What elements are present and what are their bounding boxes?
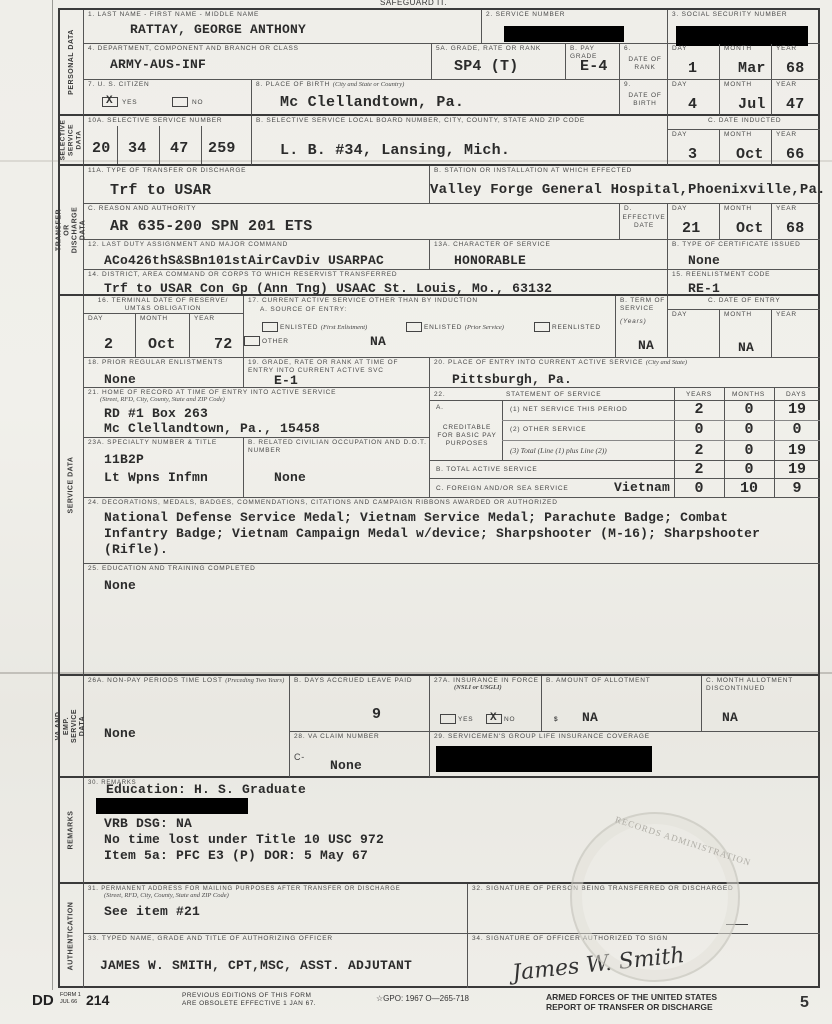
item-17c-month: Month NA — [720, 310, 772, 358]
item-20-place-of-entry: 20. Place of entry into current active s… — [430, 358, 820, 388]
item-29-sgli: 29. Servicemen's group life insurance co… — [430, 732, 820, 778]
item-10c-date-inducted-label: c. Date inducted — [668, 116, 820, 130]
item-24-decorations: 24. Decorations, medals, badges, commend… — [84, 498, 820, 564]
item-26a-time-lost: 26a. Non-pay periods time lost (Precedin… — [84, 676, 290, 778]
form-subtitle: REPORT OF TRANSFER OR DISCHARGE — [546, 1002, 713, 1012]
section-service-data: SERVICE DATA — [60, 296, 84, 676]
item-9-month: Month Jul — [720, 80, 772, 116]
fold-line — [52, 0, 53, 990]
item-5a-grade: 5a. Grade, rate or rank SP4 (T) — [432, 44, 566, 80]
item-14-reserve-command: 14. District, area command or corps to w… — [84, 270, 668, 296]
item-26b-leave-paid: b. Days accrued leave paid 9 — [290, 676, 430, 732]
item-12-last-duty: 12. Last duty assignment and major comma… — [84, 240, 430, 270]
item-31-permanent-address: 31. Permanent address for mailing purpos… — [84, 884, 468, 934]
item-28-va-claim: 28. VA claim number C- None — [290, 732, 430, 778]
item-10a-selective-number: 10a. Selective service number 20 34 47 2… — [84, 116, 252, 166]
item-5b-pay-grade: b. Pay grade E-4 — [566, 44, 620, 80]
section-va-emp: VA AND EMP. SERVICE DATA — [60, 676, 84, 778]
item-27b-allotment: b. Amount of allotment $ NA — [542, 676, 702, 732]
item-8-birthplace: 8. Place of birth (City and State or Cou… — [252, 80, 620, 116]
item-23a-specialty: 23a. Specialty number & title 11B2P Lt W… — [84, 438, 244, 498]
item-18-prior-enlistments: 18. Prior regular enlistments None — [84, 358, 244, 388]
form-date: FORM 1 JUL 66 — [60, 992, 84, 1006]
item-27a-insurance: 27a. Insurance in force (NSLI or USGLI) … — [430, 676, 542, 732]
item-16-day: Day 2 — [84, 314, 136, 358]
item-17c-year: Year — [772, 310, 820, 358]
item-6-month: Month Mar — [720, 44, 772, 80]
name-value: RATTAY, GEORGE ANTHONY — [130, 22, 306, 37]
copy-number: 5 — [800, 994, 809, 1012]
insurance-yes-checkbox[interactable] — [440, 714, 456, 724]
item-23b-civilian-occupation: b. Related civilian occupation and D.O.T… — [244, 438, 430, 498]
section-transfer-discharge: TRANSFER OR DISCHARGE DATA — [60, 166, 84, 296]
form-title: ARMED FORCES OF THE UNITED STATES — [546, 992, 717, 1002]
item-11d-label: d. Effective date — [620, 204, 668, 240]
item-16-year: Year 72 — [190, 314, 244, 358]
item-9-day: Day 4 — [668, 80, 720, 116]
item-17b-term-of-service: b. Term of service (Years) NA — [616, 296, 668, 358]
item-33-authorizing-officer: 33. Typed name, grade and title of autho… — [84, 934, 468, 988]
item-13b-certificate: b. Type of certificate issued None — [668, 240, 820, 270]
item-4-department: 4. Department, component and branch or c… — [84, 44, 432, 80]
item-6-day: Day 1 — [668, 44, 720, 80]
item-10b-local-board: b. Selective service local board number,… — [252, 116, 668, 166]
item-10c-day: Day 3 — [668, 130, 720, 166]
item-9-year: Year 47 — [772, 80, 820, 116]
item-22-statement-of-service: 22. Statement of service Years Months Da… — [430, 388, 820, 498]
form-dd: DD — [32, 992, 54, 1009]
item-6-label: 6. Date of rank — [620, 44, 668, 80]
item-21-home-of-record: 21. Home of record at time of entry into… — [84, 388, 430, 438]
insurance-no-checkbox[interactable] — [486, 714, 502, 724]
item-13a-character: 13a. Character of service HONORABLE — [430, 240, 668, 270]
item-11d-day: Day 21 — [668, 204, 720, 240]
section-personal-data: PERSONAL DATA — [60, 10, 84, 116]
section-selective-service: SELECTIVE SERVICE DATA — [60, 116, 84, 166]
citizen-yes-checkbox[interactable] — [102, 97, 118, 107]
embossed-seal — [570, 812, 740, 982]
form-number: 214 — [86, 992, 109, 1008]
citizen-no-checkbox[interactable] — [172, 97, 188, 107]
redaction-bar — [676, 26, 808, 46]
item-11c-reason: c. Reason and authority AR 635-200 SPN 2… — [84, 204, 620, 240]
item-9-label: 9. Date of birth — [620, 80, 668, 116]
item-11b-station: b. Station or installation at which effe… — [430, 166, 820, 204]
item-7-citizen: 7. U. S. Citizen Yes No — [84, 80, 252, 116]
source-enlisted-prior-checkbox[interactable] — [406, 322, 422, 332]
redaction-bar — [504, 26, 624, 42]
item-25-education: 25. Education and training completed Non… — [84, 564, 820, 676]
item-10c-month: Month Oct — [720, 130, 772, 166]
item-16-month: Month Oct — [136, 314, 190, 358]
section-authentication: AUTHENTICATION — [60, 884, 84, 988]
source-enlisted-first-checkbox[interactable] — [262, 322, 278, 332]
item-17-current-service: 17. Current active service other than by… — [244, 296, 616, 358]
section-remarks: REMARKS — [60, 778, 84, 884]
item-6-year: Year 68 — [772, 44, 820, 80]
redaction-bar — [436, 746, 652, 772]
redaction-bar — [96, 798, 248, 814]
item-11d-month: Month Oct — [720, 204, 772, 240]
item-27c-allotment-discontinued: c. Month allotment discontinued NA — [702, 676, 820, 732]
source-other-checkbox[interactable] — [244, 336, 260, 346]
item-3-ssn: 3. Social security number — [668, 10, 820, 44]
item-10c-year: Year 66 — [772, 130, 820, 166]
item-16-label: 16. Terminal date of reserve/ UMT&S obli… — [84, 296, 244, 314]
form-footer: DD FORM 1 JUL 66 214 PREVIOUS EDITIONS O… — [0, 990, 832, 1024]
item-19-grade-at-entry: 19. Grade, rate or rank at time of entry… — [244, 358, 430, 388]
gpo-code: ☆GPO: 1967 O—265-718 — [376, 994, 469, 1003]
item-11d-year: Year 68 — [772, 204, 820, 240]
item-17c-day: Day — [668, 310, 720, 358]
selective-number-parts: 20 34 47 259 — [84, 126, 252, 164]
item-2-service-number: 2. Service number — [482, 10, 668, 44]
item-15-reenlistment-code: 15. Reenlistment code RE-1 — [668, 270, 820, 296]
item-11a-transfer-type: 11a. Type of transfer or discharge Trf t… — [84, 166, 430, 204]
item-1-name: 1. Last name - first name - middle name … — [84, 10, 482, 44]
top-note: SAFEGUARD IT. — [380, 0, 447, 7]
source-reenlisted-checkbox[interactable] — [534, 322, 550, 332]
item-17c-date-of-entry-label: c. Date of entry — [668, 296, 820, 310]
